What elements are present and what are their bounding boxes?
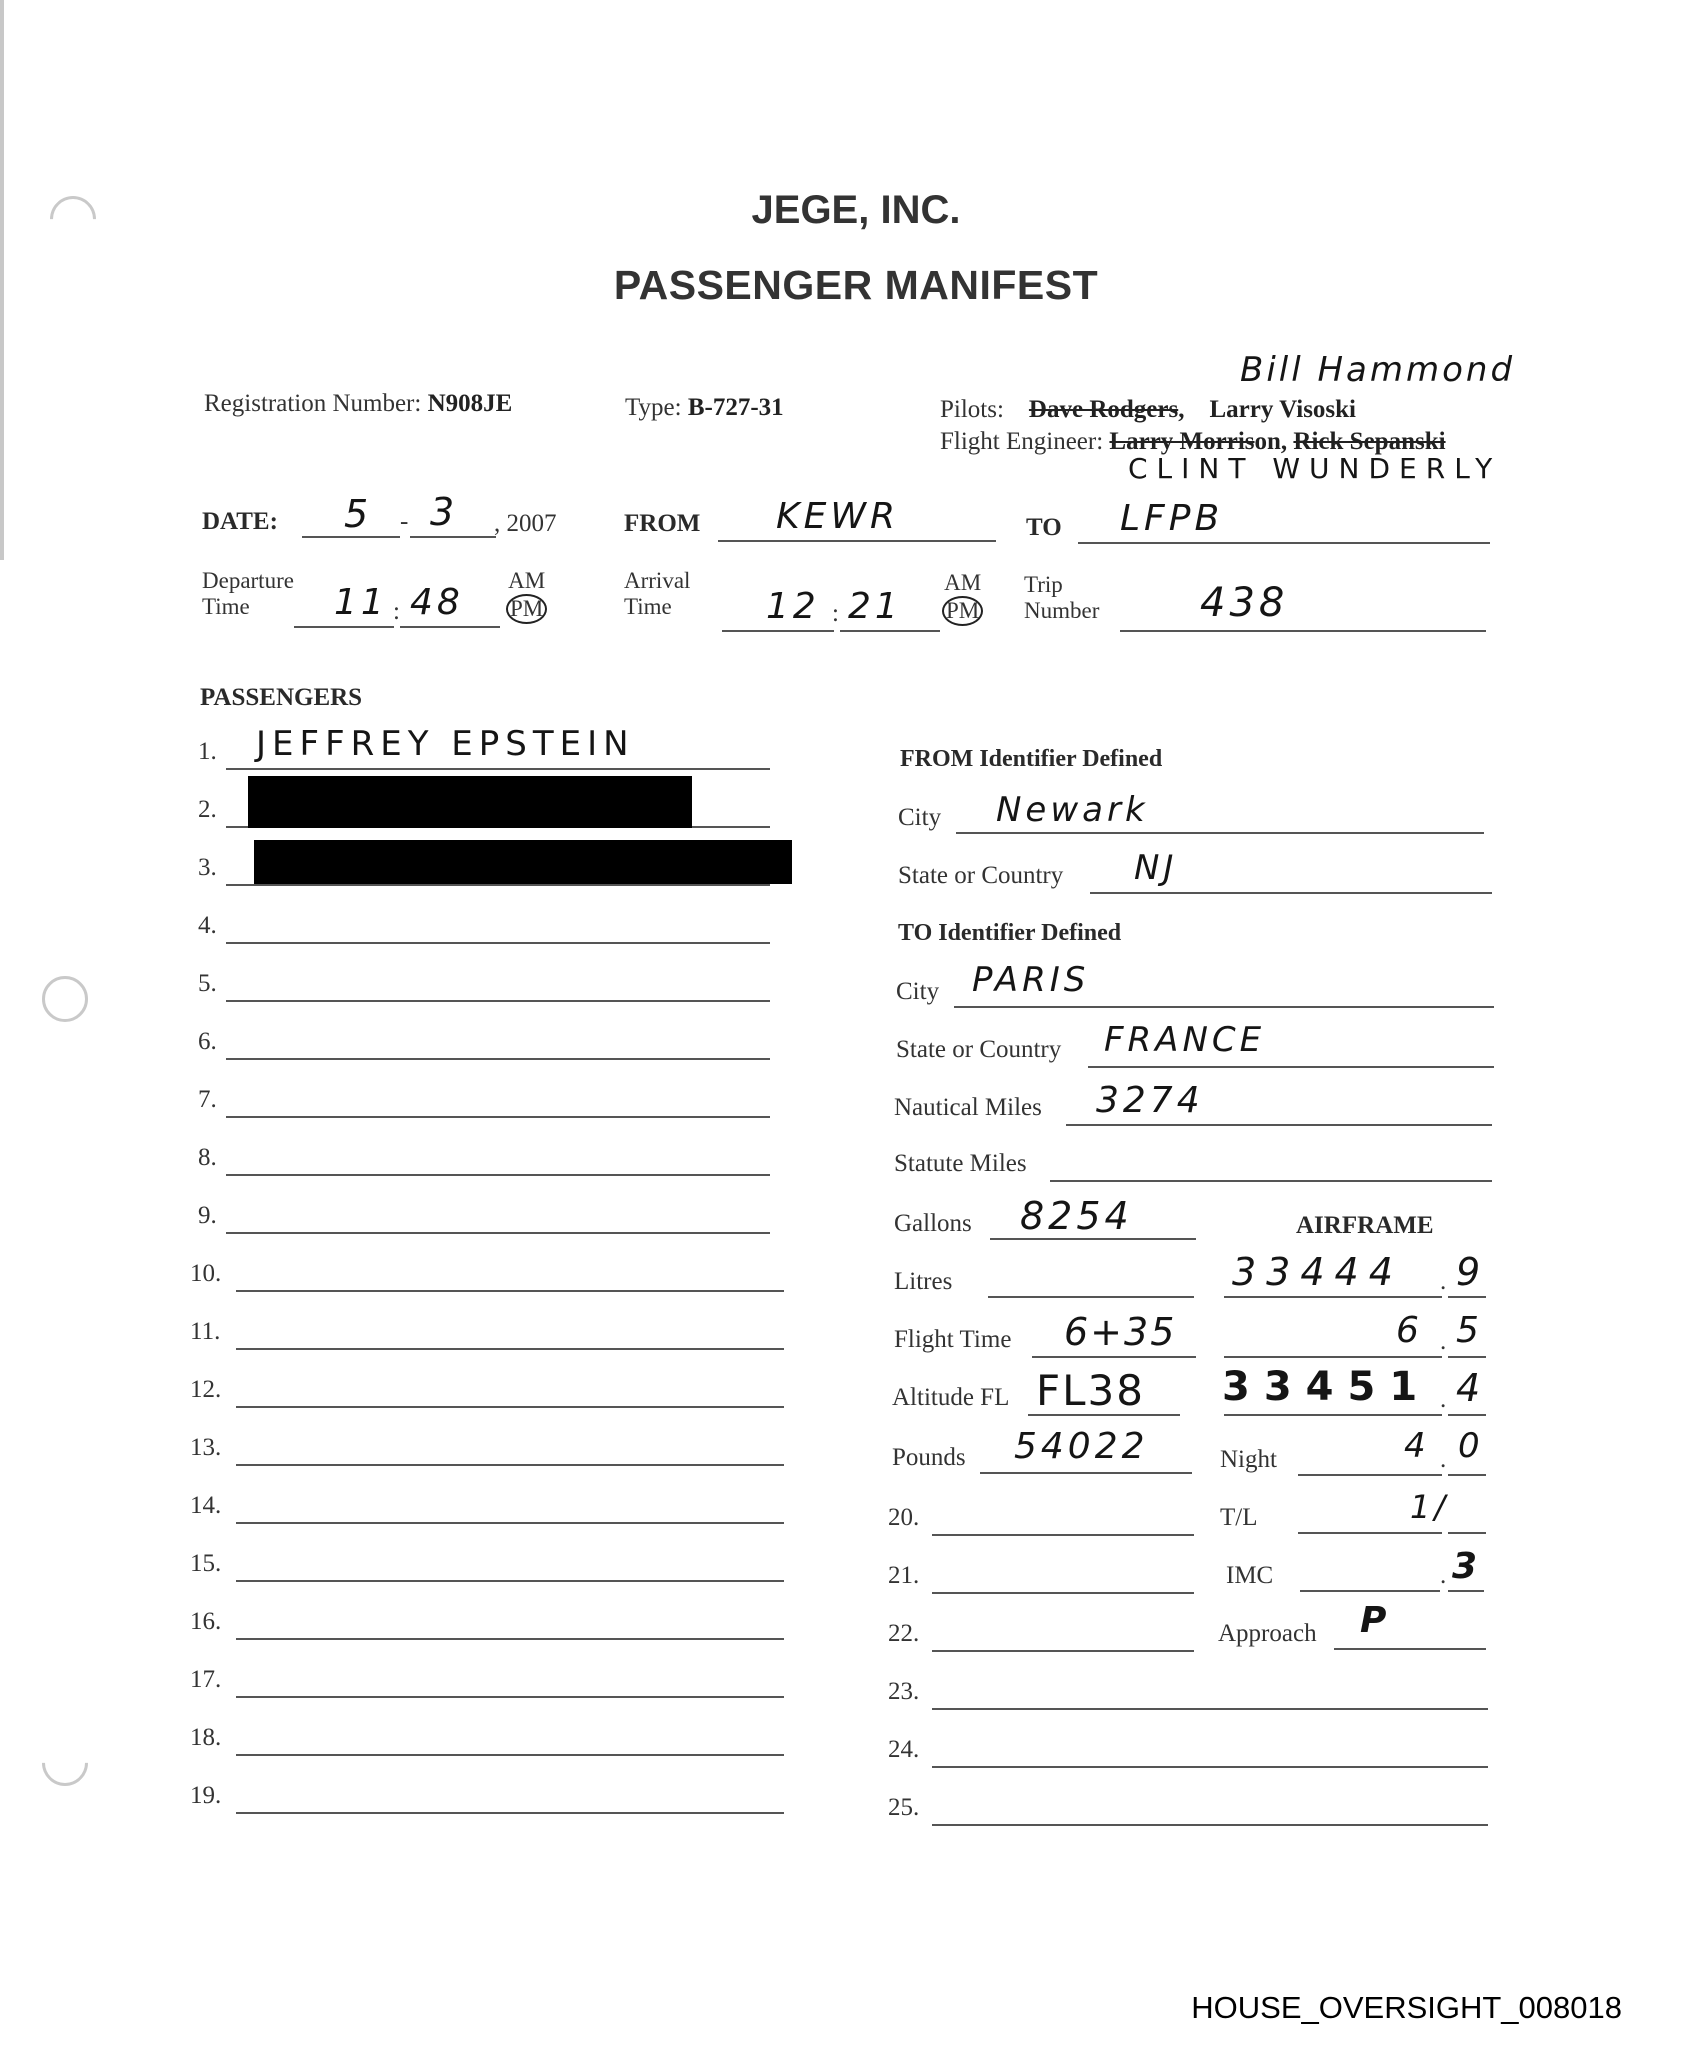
from-state-label: State or Country bbox=[898, 862, 1063, 890]
arrival-colon: : bbox=[832, 600, 839, 628]
night-dot: . bbox=[1440, 1446, 1446, 1474]
from-label: FROM bbox=[624, 510, 700, 538]
litres-label: Litres bbox=[894, 1268, 952, 1296]
tl-value[interactable]: 1/ bbox=[1410, 1488, 1449, 1526]
airframe-total-before[interactable]: 33444 bbox=[1232, 1250, 1403, 1294]
airframe-total-before-decimal[interactable]: 9 bbox=[1456, 1250, 1484, 1294]
to-identifier-heading: TO Identifier Defined bbox=[898, 920, 1121, 947]
engineer-handwritten: CLINT WUNDERLY bbox=[1128, 452, 1501, 485]
night-label: Night bbox=[1220, 1446, 1277, 1474]
registration-field: Registration Number: N908JE bbox=[204, 390, 512, 418]
pilot-2: Larry Visoski bbox=[1209, 396, 1356, 423]
hole-punch-bottom bbox=[32, 1730, 97, 1795]
bates-number: HOUSE_OVERSIGHT_008018 bbox=[1191, 1990, 1622, 2026]
statute-miles-label: Statute Miles bbox=[894, 1150, 1027, 1178]
passenger-name-field[interactable]: JEFFREY EPSTEIN bbox=[256, 724, 635, 764]
passenger-number: 17. bbox=[190, 1666, 221, 1694]
registration-value: N908JE bbox=[428, 390, 513, 417]
passenger-number: 1. bbox=[198, 738, 217, 766]
passenger-number: 8. bbox=[198, 1144, 217, 1172]
departure-minute[interactable]: 48 bbox=[410, 582, 464, 623]
from-city-value[interactable]: Newark bbox=[996, 790, 1149, 830]
to-city-value[interactable]: PARIS bbox=[972, 960, 1089, 1000]
redaction-bar bbox=[254, 840, 792, 884]
passenger-number: 2. bbox=[198, 796, 217, 824]
pounds-label: Pounds bbox=[892, 1444, 966, 1472]
passenger-number: 24. bbox=[888, 1736, 919, 1764]
trip-number-value[interactable]: 438 bbox=[1200, 580, 1288, 626]
to-city-label: City bbox=[896, 978, 939, 1006]
date-day[interactable]: 3 bbox=[430, 490, 458, 534]
redaction-bar bbox=[248, 776, 692, 828]
altitude-value[interactable]: FL38 bbox=[1036, 1366, 1145, 1415]
nautical-miles-value[interactable]: 3274 bbox=[1096, 1080, 1204, 1121]
arrival-ampm: AM PM bbox=[942, 570, 983, 626]
to-state-label: State or Country bbox=[896, 1036, 1061, 1064]
passenger-number: 20. bbox=[888, 1504, 919, 1532]
engineer-after: on, bbox=[1255, 428, 1288, 455]
type-value: B-727-31 bbox=[688, 394, 784, 421]
from-identifier-heading: FROM Identifier Defined bbox=[900, 746, 1162, 773]
pilots-label: Pilots: bbox=[940, 396, 1004, 423]
pounds-value[interactable]: 54022 bbox=[1014, 1426, 1149, 1467]
document-title: PASSENGER MANIFEST bbox=[0, 262, 1700, 309]
imc-dot: . bbox=[1440, 1562, 1446, 1590]
passenger-number: 18. bbox=[190, 1724, 221, 1752]
from-value[interactable]: KEWR bbox=[776, 496, 899, 537]
passenger-number: 9. bbox=[198, 1202, 217, 1230]
airframe-dot-2: . bbox=[1440, 1328, 1446, 1356]
engineer-label: Flight Engineer: bbox=[940, 428, 1103, 455]
pilot-comma: , bbox=[1178, 396, 1184, 423]
pilot-struck: Dave Rodgers bbox=[1029, 396, 1178, 423]
type-label: Type: bbox=[625, 394, 682, 421]
departure-colon: : bbox=[393, 598, 400, 626]
company-name: JEGE, INC. bbox=[0, 188, 1700, 233]
registration-label: Registration Number: bbox=[204, 390, 421, 417]
passenger-number: 6. bbox=[198, 1028, 217, 1056]
imc-decimal[interactable]: 3 bbox=[1452, 1546, 1481, 1587]
airframe-flight-decimal[interactable]: 5 bbox=[1456, 1310, 1483, 1351]
gallons-value[interactable]: 8254 bbox=[1020, 1194, 1133, 1238]
passenger-number: 3. bbox=[198, 854, 217, 882]
date-year: , 2007 bbox=[494, 510, 557, 538]
passenger-number: 23. bbox=[888, 1678, 919, 1706]
arrival-am[interactable]: AM bbox=[942, 570, 983, 596]
airframe-flight-int[interactable]: 6 bbox=[1396, 1310, 1423, 1351]
passenger-number: 11. bbox=[190, 1318, 220, 1346]
arrival-pm-circled[interactable]: PM bbox=[942, 596, 983, 626]
departure-hour[interactable]: 11 bbox=[334, 582, 388, 623]
engineer-struck-1: Larry Morris bbox=[1109, 428, 1254, 455]
arrival-label: Arrival Time bbox=[624, 568, 690, 620]
from-city-label: City bbox=[898, 804, 941, 832]
departure-label: Departure Time bbox=[202, 568, 294, 620]
departure-am[interactable]: AM bbox=[506, 568, 547, 594]
gallons-label: Gallons bbox=[894, 1210, 972, 1238]
departure-ampm: AM PM bbox=[506, 568, 547, 624]
to-label: TO bbox=[1026, 514, 1062, 542]
passenger-number: 25. bbox=[888, 1794, 919, 1822]
airframe-heading: AIRFRAME bbox=[1296, 1212, 1434, 1240]
passenger-number: 5. bbox=[198, 970, 217, 998]
nautical-miles-label: Nautical Miles bbox=[894, 1094, 1042, 1122]
imc-label: IMC bbox=[1226, 1562, 1273, 1590]
trip-number-label: Trip Number bbox=[1024, 572, 1099, 624]
passenger-number: 7. bbox=[198, 1086, 217, 1114]
airframe-total-after-decimal[interactable]: 4 bbox=[1456, 1366, 1484, 1410]
from-state-value[interactable]: NJ bbox=[1134, 848, 1177, 888]
date-label: DATE: bbox=[202, 508, 278, 536]
tl-label: T/L bbox=[1220, 1504, 1258, 1532]
flight-time-label: Flight Time bbox=[894, 1326, 1011, 1354]
pilots-field: Pilots: Dave Rodgers, Larry Visoski bbox=[940, 396, 1356, 424]
hole-punch-middle bbox=[42, 976, 88, 1022]
night-decimal[interactable]: 0 bbox=[1458, 1426, 1484, 1466]
date-month[interactable]: 5 bbox=[344, 492, 372, 536]
passenger-number: 14. bbox=[190, 1492, 221, 1520]
airframe-total-after[interactable]: 33451 bbox=[1222, 1364, 1431, 1410]
pilot-handwritten: Bill Hammond bbox=[1240, 350, 1515, 390]
passenger-number: 12. bbox=[190, 1376, 221, 1404]
passengers-heading: PASSENGERS bbox=[200, 684, 362, 712]
airframe-dot-1: . bbox=[1440, 1268, 1446, 1296]
arrival-minute[interactable]: 21 bbox=[848, 586, 902, 627]
flight-time-value[interactable]: 6+35 bbox=[1064, 1310, 1176, 1354]
arrival-hour[interactable]: 12 bbox=[766, 586, 820, 627]
departure-pm-circled[interactable]: PM bbox=[506, 594, 547, 624]
passenger-number: 22. bbox=[888, 1620, 919, 1648]
passenger-number: 15. bbox=[190, 1550, 221, 1578]
passenger-number: 13. bbox=[190, 1434, 221, 1462]
altitude-label: Altitude FL bbox=[892, 1384, 1009, 1412]
to-value[interactable]: LFPB bbox=[1120, 498, 1223, 539]
passenger-number: 21. bbox=[888, 1562, 919, 1590]
approach-label: Approach bbox=[1218, 1620, 1317, 1648]
approach-value[interactable]: P bbox=[1360, 1600, 1390, 1641]
night-int[interactable]: 4 bbox=[1404, 1426, 1430, 1466]
passenger-number: 10. bbox=[190, 1260, 221, 1288]
airframe-dot-3: . bbox=[1440, 1386, 1446, 1414]
type-field: Type: B-727-31 bbox=[625, 394, 784, 422]
to-state-value[interactable]: FRANCE bbox=[1104, 1020, 1265, 1060]
passenger-number: 16. bbox=[190, 1608, 221, 1636]
passenger-number: 19. bbox=[190, 1782, 221, 1810]
date-separator: - bbox=[400, 508, 408, 536]
passenger-number: 4. bbox=[198, 912, 217, 940]
engineer-struck-2: Rick Sepanski bbox=[1293, 428, 1445, 455]
